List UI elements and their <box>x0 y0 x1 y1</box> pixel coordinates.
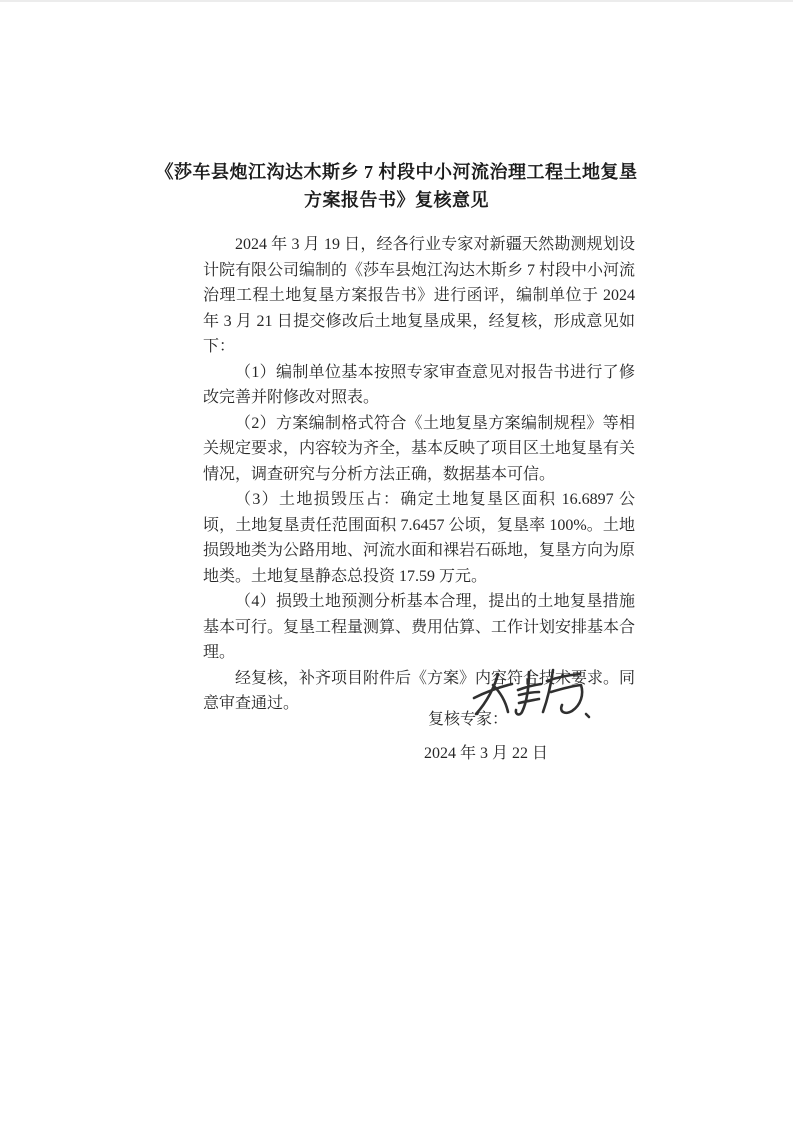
body-paragraph: （2）方案编制格式符合《土地复垦方案编制规程》等相关规定要求，内容较为齐全，基本… <box>203 411 635 488</box>
document-title-line1: 《莎车县炮江沟达木斯乡 7 村段中小河流治理工程土地复垦 <box>0 158 793 186</box>
review-date: 2024 年 3 月 22 日 <box>424 740 548 763</box>
scanned-document-page: 《莎车县炮江沟达木斯乡 7 村段中小河流治理工程土地复垦 方案报告书》复核意见 … <box>0 0 793 1122</box>
handwritten-signature <box>468 662 596 728</box>
document-body: 2024 年 3 月 19 日，经各行业专家对新疆天然勘测规划设计院有限公司编制… <box>203 232 635 717</box>
body-paragraph: （1）编制单位基本按照专家审查意见对报告书进行了修改完善并附修改对照表。 <box>203 360 635 411</box>
document-title: 《莎车县炮江沟达木斯乡 7 村段中小河流治理工程土地复垦 方案报告书》复核意见 <box>0 158 793 214</box>
document-title-line2: 方案报告书》复核意见 <box>0 186 793 214</box>
body-paragraph: （3）土地损毁压占：确定土地复垦区面积 16.6897 公顷，土地复垦责任范围面… <box>203 487 635 589</box>
body-paragraph: （4）损毁土地预测分析基本合理，提出的土地复垦措施基本可行。复垦工程量测算、费用… <box>203 589 635 666</box>
body-paragraph: 2024 年 3 月 19 日，经各行业专家对新疆天然勘测规划设计院有限公司编制… <box>203 232 635 360</box>
scan-top-edge <box>0 0 793 2</box>
